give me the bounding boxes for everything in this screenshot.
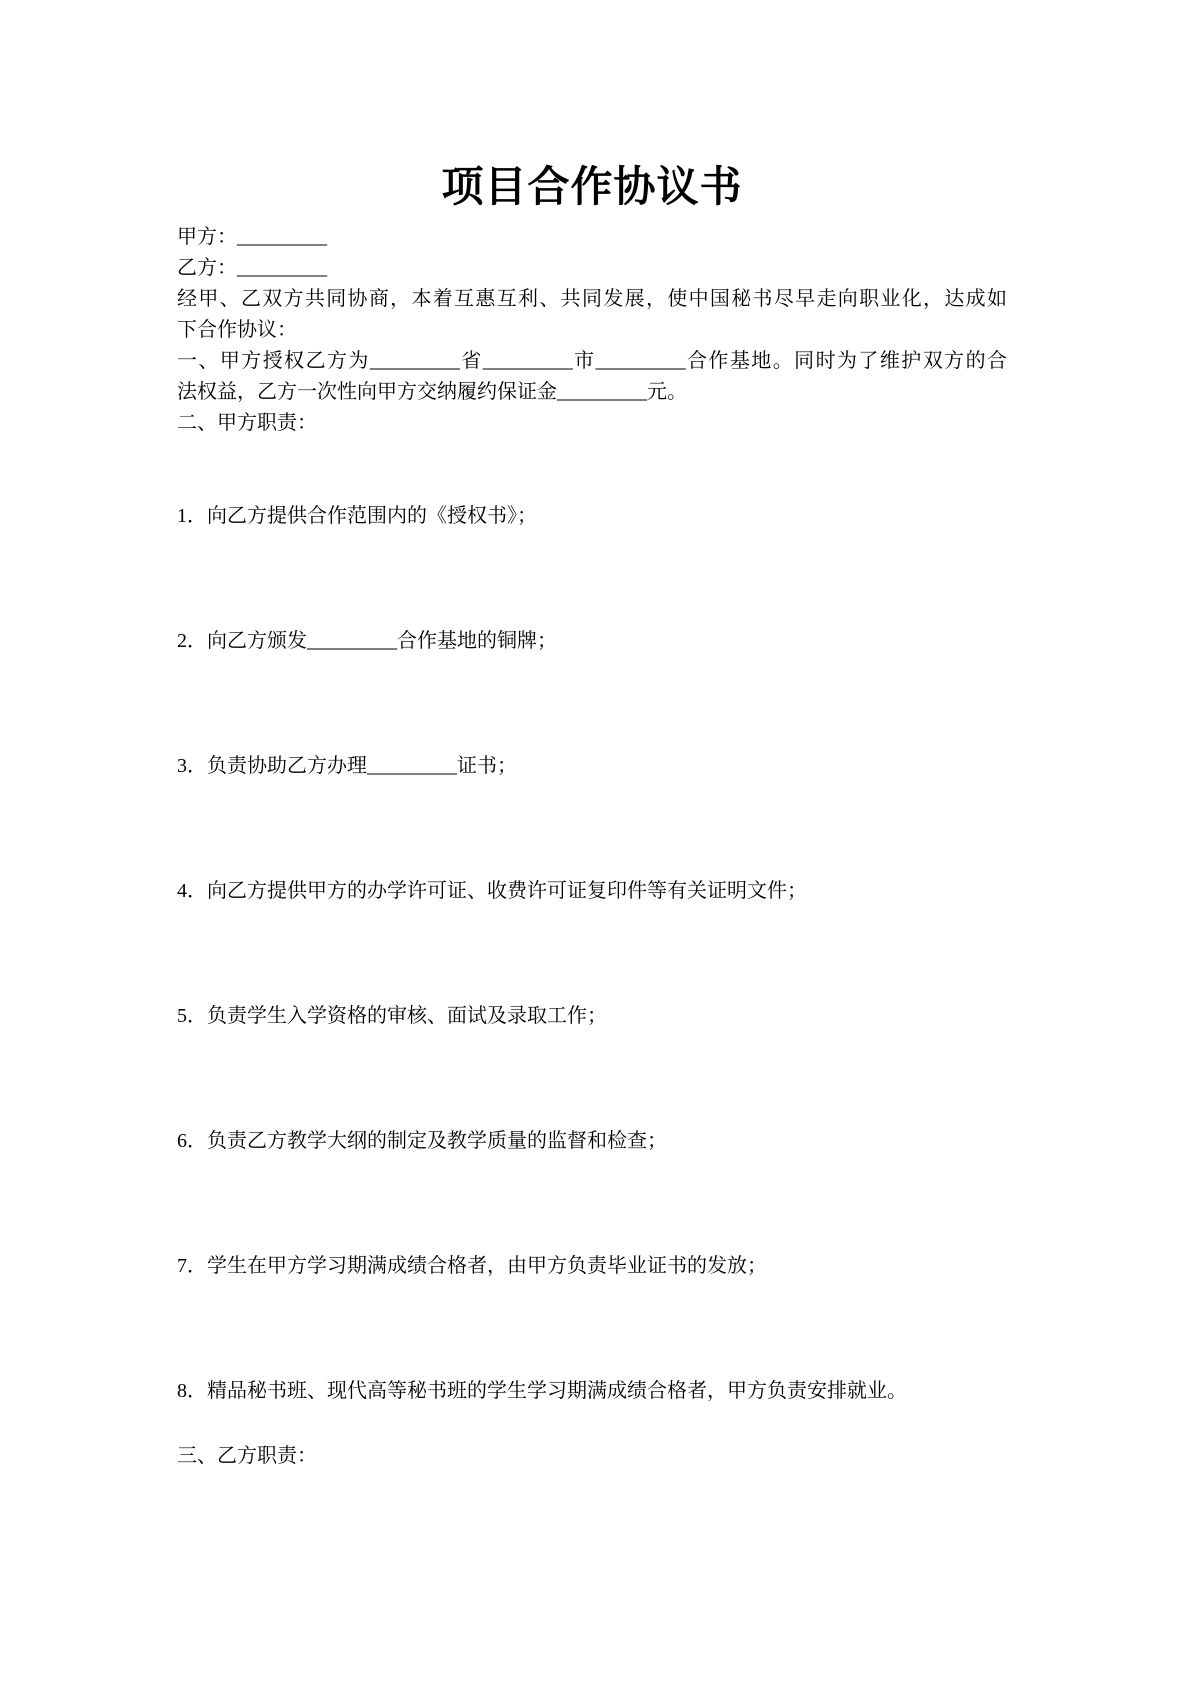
duty-item-3: 3．负责协助乙方办理_________证书； [177, 751, 1007, 782]
party-a-line: 甲方：_________ [177, 222, 1007, 253]
duty-item-6: 6．负责乙方教学大纲的制定及教学质量的监督和检查； [177, 1126, 1007, 1157]
duty-item-2: 2．向乙方颁发_________合作基地的铜牌； [177, 626, 1007, 657]
duty-item-4: 4．向乙方提供甲方的办学许可证、收费许可证复印件等有关证明文件； [177, 876, 1007, 907]
duty-item-1: 1．向乙方提供合作范围内的《授权书》； [177, 501, 1007, 532]
party-b-line: 乙方：_________ [177, 253, 1007, 284]
intro-paragraph-line-1: 经甲、乙双方共同协商，本着互惠互利、共同发展，使中国秘书尽早走向职业化，达成如 [177, 284, 1007, 315]
document-title: 项目合作协议书 [177, 160, 1007, 216]
section-heading-party-a-duties: 二、甲方职责： [177, 408, 1007, 439]
clause-authorization-line-1: 一、甲方授权乙方为_________省_________市_________合作… [177, 346, 1007, 377]
duty-item-8: 8．精品秘书班、现代高等秘书班的学生学习期满成绩合格者，甲方负责安排就业。 [177, 1376, 1007, 1407]
intro-paragraph-line-2: 下合作协议： [177, 315, 1007, 346]
clause-authorization-line-2: 法权益，乙方一次性向甲方交纳履约保证金_________元。 [177, 377, 1007, 408]
document-content: 项目合作协议书 甲方：_________ 乙方：_________ 经甲、乙双方… [0, 0, 1190, 1683]
duty-item-7: 7．学生在甲方学习期满成绩合格者，由甲方负责毕业证书的发放； [177, 1251, 1007, 1282]
document-page: 项目合作协议书 甲方：_________ 乙方：_________ 经甲、乙双方… [0, 0, 1190, 1683]
duty-item-5: 5．负责学生入学资格的审核、面试及录取工作； [177, 1001, 1007, 1032]
section-heading-party-b-duties: 三、乙方职责： [177, 1441, 1007, 1472]
